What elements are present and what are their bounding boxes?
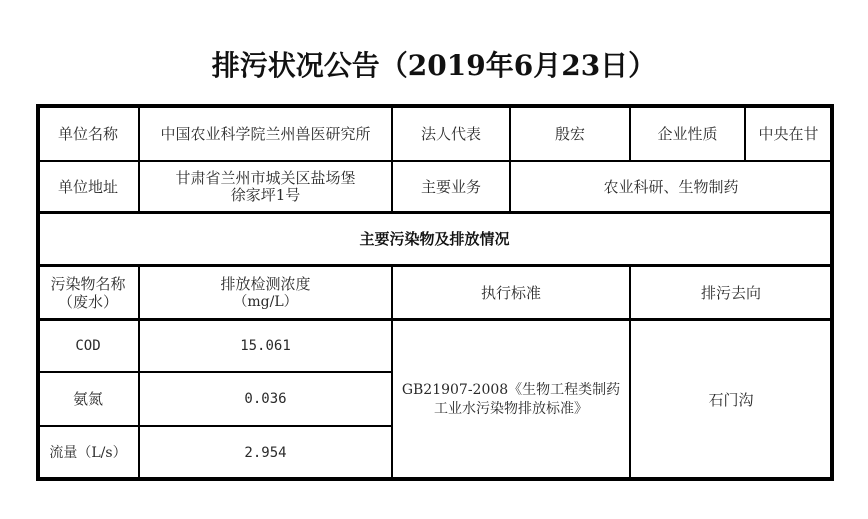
destination-header: 排污去向 xyxy=(630,266,832,320)
concentration-header: 排放检测浓度 （mg/L） xyxy=(139,266,392,320)
standard-header: 执行标准 xyxy=(392,266,630,320)
pollutant-name-header-line-1: 污染物名称 xyxy=(50,275,125,293)
address-line-1: 甘肃省兰州市城关区盐场堡 xyxy=(175,170,355,187)
table-border-top xyxy=(36,104,834,108)
address-line-2: 徐家坪1号 xyxy=(231,187,301,204)
table-line xyxy=(36,425,392,427)
table-line xyxy=(391,106,393,212)
table-line xyxy=(629,266,631,479)
concentration-header-line-2: （mg/L） xyxy=(233,293,297,311)
table-line xyxy=(138,266,140,479)
standard-value-line-2: 工业水污染物排放标准》 xyxy=(434,400,588,419)
company-name-value: 中国农业科学院兰州兽医研究所 xyxy=(139,106,392,161)
table-line xyxy=(744,106,746,161)
main-business-label: 主要业务 xyxy=(392,161,510,212)
table-line xyxy=(138,106,140,212)
enterprise-nature-value: 中央在甘 xyxy=(745,106,832,161)
table-line xyxy=(36,160,834,162)
pollutant-value-cod: 15.061 xyxy=(139,320,392,372)
legal-rep-label: 法人代表 xyxy=(392,106,510,161)
table-border-bottom xyxy=(36,477,834,481)
table-line xyxy=(391,266,393,479)
concentration-header-line-1: 排放检测浓度 xyxy=(220,275,310,293)
table-line xyxy=(629,106,631,161)
page-title: 排污状况公告（2019年6月23日） xyxy=(0,44,868,84)
section-title: 主要污染物及排放情况 xyxy=(37,212,832,266)
legal-rep-value: 殷宏 xyxy=(510,106,630,161)
table-line xyxy=(36,211,834,214)
pollutant-name-header-line-2: （废水） xyxy=(58,293,118,311)
pollutant-name-flow: 流量（L/s） xyxy=(37,426,139,479)
pollutant-value-ammonia: 0.036 xyxy=(139,372,392,426)
table-line xyxy=(36,371,392,373)
table-line xyxy=(36,318,834,321)
table-border-left xyxy=(36,104,40,481)
standard-value: GB21907-2008《生物工程类制药 工业水污染物排放标准》 xyxy=(392,320,630,479)
enterprise-nature-label: 企业性质 xyxy=(630,106,745,161)
pollutant-name-header: 污染物名称 （废水） xyxy=(37,266,139,320)
destination-value: 石门沟 xyxy=(630,320,832,479)
pollutant-name-ammonia: 氨氮 xyxy=(37,372,139,426)
pollutant-name-cod: COD xyxy=(37,320,139,372)
pollutant-value-flow: 2.954 xyxy=(139,426,392,479)
company-name-label: 单位名称 xyxy=(37,106,139,161)
address-label: 单位地址 xyxy=(37,161,139,212)
table-line xyxy=(509,106,511,212)
standard-value-line-1: GB21907-2008《生物工程类制药 xyxy=(402,381,620,400)
main-business-value: 农业科研、生物制药 xyxy=(510,161,832,212)
table-border-right xyxy=(830,104,834,481)
table-line xyxy=(36,264,834,267)
address-value: 甘肃省兰州市城关区盐场堡 徐家坪1号 xyxy=(139,161,392,212)
